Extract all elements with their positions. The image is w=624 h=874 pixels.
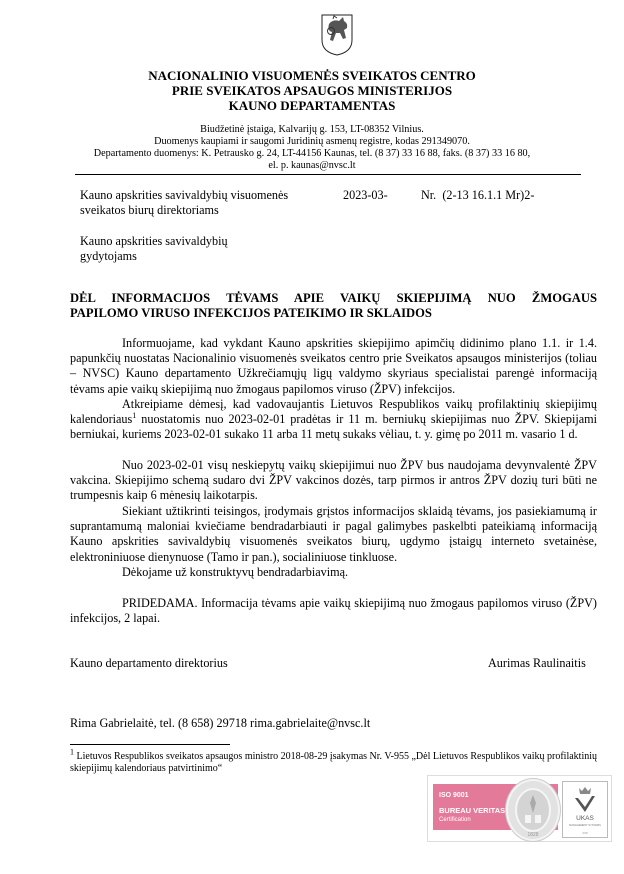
- body-paragraph-4: Siekiant užtikrinti teisingos, įrodymais…: [70, 504, 597, 565]
- footnote-divider: [70, 744, 230, 745]
- footnote-text: Lietuvos Respublikos sveikatos apsaugos …: [70, 751, 597, 774]
- cert-label: Certification: [439, 817, 471, 823]
- document-number-label: Nr.: [421, 188, 436, 202]
- address-line-1: Biudžetinė įstaiga, Kalvarijų g. 153, LT…: [0, 124, 624, 136]
- coat-of-arms-icon: [321, 14, 353, 56]
- body-paragraph-5: Dėkojame už konstruktyvų bendradarbiavim…: [70, 565, 597, 580]
- body-paragraph-1: Informuojame, kad vykdant Kauno apskriti…: [70, 336, 597, 397]
- address-line-3: Departamento duomenys: K. Petrausko g. 2…: [0, 148, 624, 160]
- body-paragraph-3: Nuo 2023-02-01 visų neskiepytų vaikų ski…: [70, 458, 597, 504]
- org-name-line-1: NACIONALINIO VISUOMENĖS SVEIKATOS CENTRO: [0, 69, 624, 83]
- document-number: Nr. (2-13 16.1.1 Mr)2-: [421, 188, 534, 203]
- svg-text:1828: 1828: [527, 832, 538, 838]
- footnote-mark: 1: [70, 748, 74, 757]
- ukas-badge: UKAS MANAGEMENT SYSTEMS 008: [562, 781, 608, 838]
- document-title: DĖL INFORMACIJOS TĖVAMS APIE VAIKŲ SKIEP…: [70, 291, 597, 321]
- svg-text:UKAS: UKAS: [576, 815, 594, 822]
- body-paragraph-2-text-b: nuostatomis nuo 2023-02-01 pradėtas ir 1…: [70, 412, 597, 441]
- svg-text:008: 008: [582, 831, 587, 835]
- contact-line: Rima Gabrielaitė, tel. (8 658) 29718 rim…: [70, 716, 370, 731]
- svg-text:MANAGEMENT SYSTEMS: MANAGEMENT SYSTEMS: [569, 823, 601, 827]
- certification-logo: ISO 9001 BUREAU VERITAS Certification 18…: [427, 775, 612, 842]
- document-date: 2023-03-: [343, 188, 388, 203]
- org-name-line-3: KAUNO DEPARTAMENTAS: [0, 99, 624, 113]
- signatory-position: Kauno departamento direktorius: [70, 656, 228, 671]
- ukas-crown-check-icon: UKAS MANAGEMENT SYSTEMS 008: [563, 782, 607, 837]
- bureau-veritas-emblem-icon: 1828: [506, 779, 560, 841]
- recipient-1: Kauno apskrities savivaldybių visuomenės…: [80, 188, 340, 218]
- signatory-name: Aurimas Raulinaitis: [488, 656, 586, 671]
- cert-standard: ISO 9001: [439, 792, 469, 799]
- recipient-2-line-1: Kauno apskrities savivaldybių: [80, 234, 340, 249]
- document-title-line-1: DĖL INFORMACIJOS TĖVAMS APIE VAIKŲ SKIEP…: [70, 291, 597, 306]
- recipient-1-line-2: sveikatos biurų direktoriams: [80, 203, 340, 218]
- address-line-2: Duomenys kaupiami ir saugomi Juridinių a…: [0, 136, 624, 148]
- document-number-value: (2-13 16.1.1 Mr)2-: [442, 188, 534, 202]
- body-paragraph-2: Atkreipiame dėmesį, kad vadovaujantis Li…: [70, 397, 597, 443]
- recipient-1-line-1: Kauno apskrities savivaldybių visuomenės: [80, 188, 340, 203]
- address-email[interactable]: el. p. kaunas@nvsc.lt: [0, 160, 624, 172]
- header-divider: [75, 174, 581, 175]
- recipient-2: Kauno apskrities savivaldybių gydytojams: [80, 234, 340, 264]
- footnote: 1 Lietuvos Respublikos sveikatos apsaugo…: [70, 751, 600, 775]
- recipient-2-line-2: gydytojams: [80, 249, 340, 264]
- attachment-note: PRIDEDAMA. Informacija tėvams apie vaikų…: [70, 596, 597, 626]
- cert-body: BUREAU VERITAS: [439, 806, 505, 815]
- org-name-line-2: PRIE SVEIKATOS APSAUGOS MINISTERIJOS: [0, 84, 624, 98]
- document-title-line-2: PAPILOMO VIRUSO INFEKCIJOS PATEIKIMO IR …: [70, 306, 432, 320]
